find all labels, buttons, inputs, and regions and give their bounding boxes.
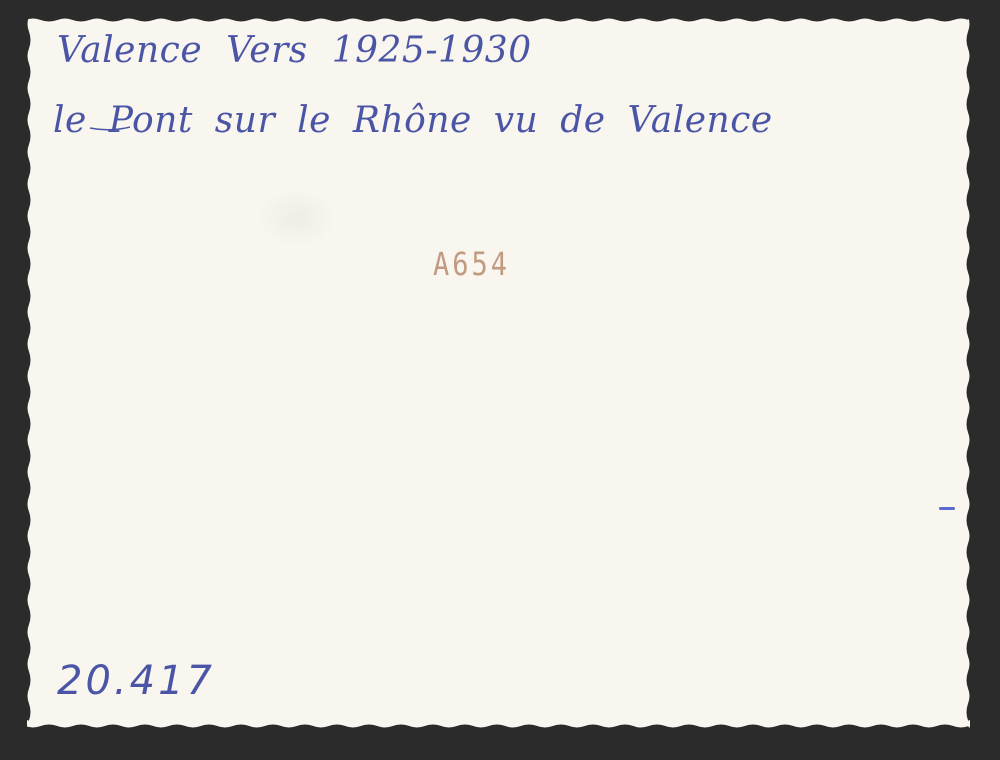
inventory-number: 20.417 (57, 658, 215, 704)
handwritten-title-line: Valence Vers 1925-1930 (57, 30, 532, 71)
ink-dash-mark (939, 507, 955, 510)
handwritten-caption-line: le Pont sur le Rhône vu de Valence (53, 100, 773, 141)
stamped-code: A654 (433, 246, 510, 283)
paper-smudge (257, 188, 337, 248)
photo-card: Valence Vers 1925-1930 le Pont sur le Rh… (27, 18, 970, 728)
